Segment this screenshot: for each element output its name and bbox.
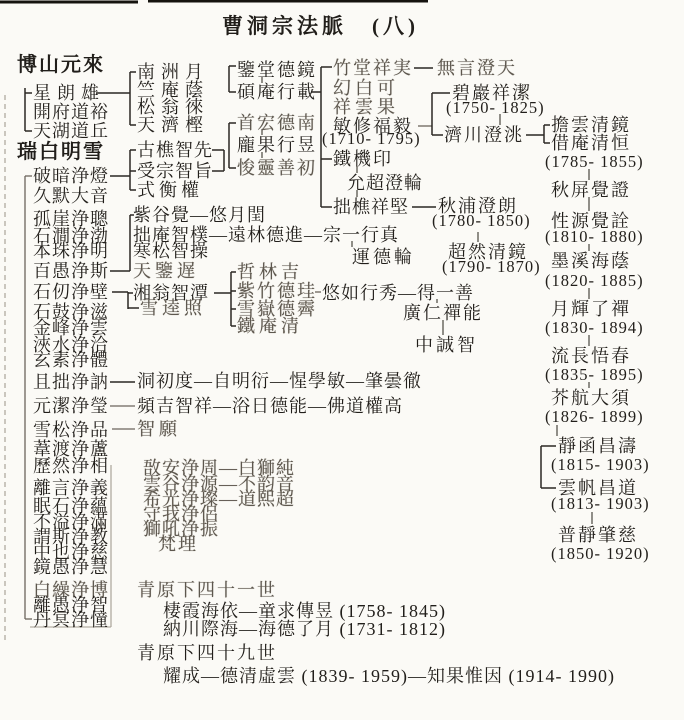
lineage-node: 寒松智操 bbox=[133, 242, 209, 261]
lineage-node: 丹冥浄憧 bbox=[33, 611, 109, 630]
date-label: (1820- 1885) bbox=[545, 272, 644, 289]
lineage-node: 首宏德南 bbox=[237, 114, 317, 133]
lineage-node: 悠如行秀—得一善 bbox=[322, 284, 474, 303]
lineage-root: 博山元來 bbox=[17, 55, 105, 76]
lineage-node: 破暗浄燈 bbox=[33, 167, 109, 186]
lineage-node: 鑒堂德鏡 bbox=[237, 61, 317, 80]
lineage-node: 龐果行昱 bbox=[237, 136, 317, 155]
lineage-node: 鐵庵清 bbox=[237, 317, 303, 336]
lineage-node: 開府道裕 bbox=[33, 103, 109, 122]
lineage-node: 百愚浄斯 bbox=[33, 262, 109, 281]
lineage-node: 借庵清恒 bbox=[551, 134, 631, 153]
lineage-node: 普靜肇慈 bbox=[558, 526, 638, 545]
lineage-node: 幻白可 bbox=[333, 79, 399, 98]
lineage-node: 雪逵照 bbox=[140, 299, 206, 318]
date-label: (1710- 1795) bbox=[322, 130, 421, 147]
lineage-node: 竹堂祥実 bbox=[333, 59, 413, 78]
lineage-node: 運德輪 bbox=[352, 248, 415, 267]
date-label: (1850- 1920) bbox=[551, 545, 650, 562]
lineage-node: 允超澄輪 bbox=[347, 174, 423, 193]
lineage-node: 月輝了禪 bbox=[551, 300, 631, 319]
lineage-node: 墨溪海蔭 bbox=[551, 252, 631, 271]
lineage-node: 玄素浄體 bbox=[33, 351, 109, 370]
lineage-node: 廣仁禪能 bbox=[403, 304, 483, 323]
lineage-node: 拙樵祥堅 bbox=[333, 198, 409, 217]
lineage-node: 且拙浄訥 bbox=[33, 373, 109, 392]
lineage-node: 濟川澄洮 bbox=[444, 126, 524, 145]
date-label: (1785- 1855) bbox=[545, 153, 644, 170]
lineage-node: 鏡愚浄慧 bbox=[33, 558, 109, 577]
lineage-node: 天鑒遅 bbox=[133, 262, 199, 281]
date-label: (1750- 1825) bbox=[446, 99, 545, 116]
lineage-node: 頻吉智祥—浴日德能—佛道權高 bbox=[137, 397, 403, 416]
lineage-node: 梵理 bbox=[158, 535, 198, 554]
lineage-node: 紫谷覺—悠月閏 bbox=[133, 206, 266, 225]
lineage-node: 智願 bbox=[137, 420, 181, 439]
lineage-node: 流長悟春 bbox=[551, 347, 631, 366]
lineage-nodes: 博山元來星朗雄開府道裕天湖道丘瑞白明雪破暗浄燈久默大音孤崖浄聰石澗浄渤本珠浄明百… bbox=[0, 0, 684, 720]
lineage-node: 納川際海—海德了月 (1731- 1812) bbox=[163, 620, 446, 639]
lineage-node: 元潔浄瑩 bbox=[33, 397, 109, 416]
generation-heading: 青原下四十一世 bbox=[137, 581, 277, 600]
lineage-node: 天濟樫 bbox=[137, 116, 209, 135]
lineage-node: 秋屏覺證 bbox=[551, 181, 631, 200]
lineage-node: 星朗雄 bbox=[33, 84, 105, 103]
generation-heading: 青原下四十九世 bbox=[137, 644, 277, 663]
lineage-node: 久默大音 bbox=[33, 187, 109, 206]
lineage-node: 中誠智 bbox=[415, 336, 478, 355]
lineage-node: 雪松浄品 bbox=[33, 421, 109, 440]
lineage-node: 芥航大須 bbox=[551, 389, 631, 408]
lineage-node: 耀成—德清虛雲 (1839- 1959)—知果惟因 (1914- 1990) bbox=[163, 667, 615, 686]
date-label: (1830- 1894) bbox=[545, 319, 644, 336]
lineage-node: 受宗智旨 bbox=[137, 162, 213, 181]
date-label: (1835- 1895) bbox=[545, 366, 644, 383]
lineage-node: 靜函昌濤 bbox=[558, 437, 638, 456]
lineage-node: 鐵機印 bbox=[333, 150, 393, 169]
lineage-root: 瑞白明雪 bbox=[17, 142, 105, 163]
lineage-node: 本珠浄明 bbox=[33, 242, 109, 261]
lineage-node: 式衡權 bbox=[137, 181, 203, 200]
date-label: (1813- 1903) bbox=[551, 495, 650, 512]
lineage-node: 洞初度—自明衍—惺學敏—肇曇徹 bbox=[137, 372, 422, 391]
lineage-node: 古樵智先 bbox=[137, 141, 213, 160]
lineage-chart-page: 曹洞宗法脈 (八) 博山元來星朗雄開府道裕天湖道丘瑞白明雪破暗浄燈久默大音孤崖浄… bbox=[0, 0, 684, 720]
lineage-node: 無言澄天 bbox=[437, 59, 517, 78]
lineage-node: 天湖道丘 bbox=[33, 122, 109, 141]
date-label: (1790- 1870) bbox=[442, 258, 541, 275]
lineage-node: 歷然浄相 bbox=[33, 457, 109, 476]
lineage-node: 悛靈善初 bbox=[237, 159, 317, 178]
lineage-node: 石仞浄壁 bbox=[33, 283, 109, 302]
date-label: (1815- 1903) bbox=[551, 456, 650, 473]
date-label: (1780- 1850) bbox=[432, 212, 531, 229]
lineage-node: 碩庵行載 bbox=[237, 83, 317, 102]
date-label: (1810- 1880) bbox=[545, 228, 644, 245]
lineage-node: 哲林吉 bbox=[237, 263, 303, 282]
lineage-node: 祥雲果 bbox=[333, 98, 399, 117]
date-label: (1826- 1899) bbox=[545, 408, 644, 425]
